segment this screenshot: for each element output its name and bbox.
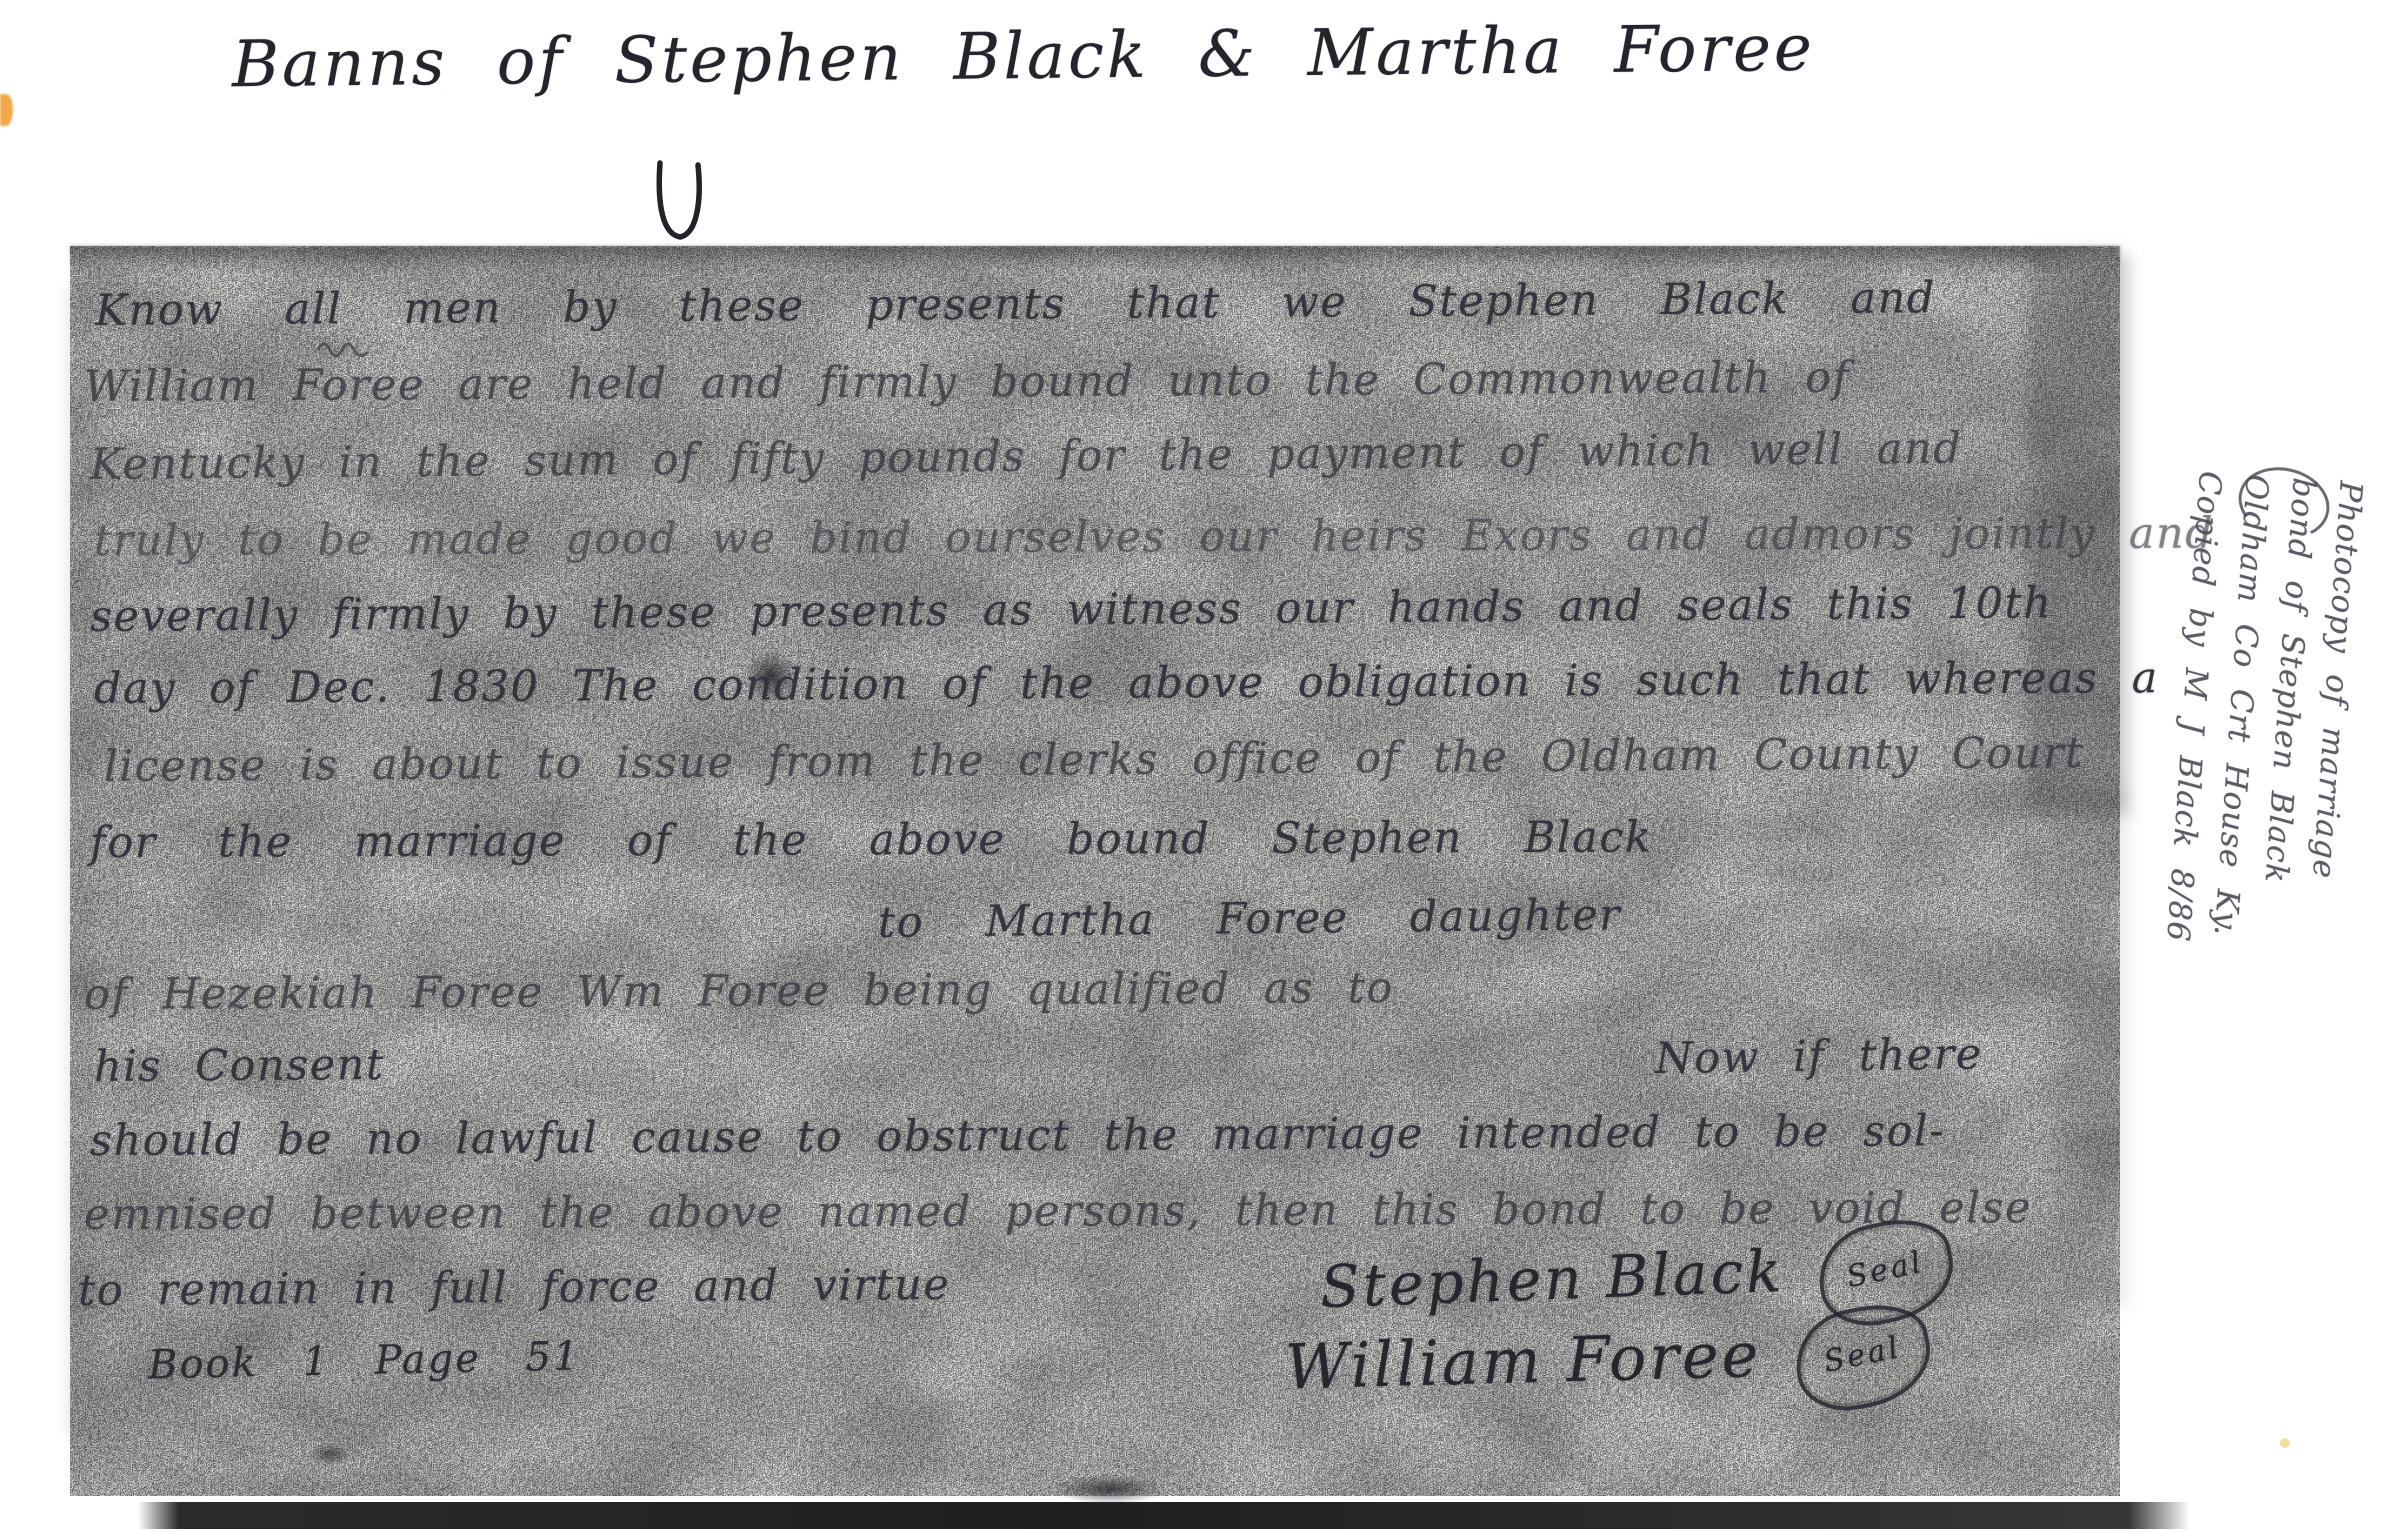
bond-line-11b: Now if there: [1655, 1029, 1983, 1084]
bond-line-12: should be no lawful cause to obstruct th…: [90, 1106, 1946, 1166]
header-annotation: Banns of Stephen Black & Martha Foree: [232, 12, 1816, 103]
signature-name: Stephen Black: [1319, 1237, 1785, 1321]
scanner-edge-strip: [138, 1502, 2190, 1529]
photocopy-scan-region: Know all men by these presents that we S…: [70, 246, 2120, 1496]
bond-line-1: Know all men by these presents that we S…: [95, 273, 1936, 336]
scan-artifact-yellow-speck: [2280, 1438, 2290, 1448]
signature-name: William Foree: [1284, 1318, 1762, 1403]
ink-blot: [308, 1442, 352, 1466]
bond-line-9: to Martha Foree daughter: [878, 890, 1622, 948]
margin-note: Photocopy of marriage bond of Stephen Bl…: [2126, 469, 2373, 1310]
bond-line-8: for the marriage of the above bound Step…: [90, 813, 1653, 868]
bond-line-2: William Foree are held and firmly bound …: [84, 353, 1850, 412]
bond-line-11: his Consent: [94, 1040, 385, 1092]
bond-line-4: truly to be made good we bind ourselves …: [94, 509, 2214, 566]
bond-line-14: to remain in full force and virtue: [78, 1260, 951, 1316]
interlineation-mark: [316, 338, 376, 358]
bond-line-6: day of Dec. 1830 The condition of the ab…: [94, 653, 2159, 714]
bond-line-3: Kentucky in the sum of fifty pounds for …: [90, 424, 1963, 490]
ink-blot: [1055, 1474, 1165, 1504]
scan-artifact-orange-mark: [0, 94, 13, 126]
seal-mark: Seal: [1787, 1295, 1940, 1420]
stray-pen-mark: [652, 158, 708, 248]
book-page-reference: Book 1 Page 51: [148, 1333, 581, 1388]
bond-line-10: of Hezekiah Foree Wm Foree being qualifi…: [84, 963, 1394, 1020]
signature-william-foree: William ForeeSeal: [1284, 1306, 1933, 1423]
bond-line-7: license is about to issue from the clerk…: [104, 728, 2084, 792]
scan-edge-shadow-right-lower: [2060, 786, 2124, 1306]
bond-line-5: severally firmly by these presents as wi…: [90, 578, 2053, 642]
scanned-document-page: Banns of Stephen Black & Martha Foree Kn…: [0, 0, 2400, 1532]
scan-edge-shadow-top: [70, 246, 2120, 272]
